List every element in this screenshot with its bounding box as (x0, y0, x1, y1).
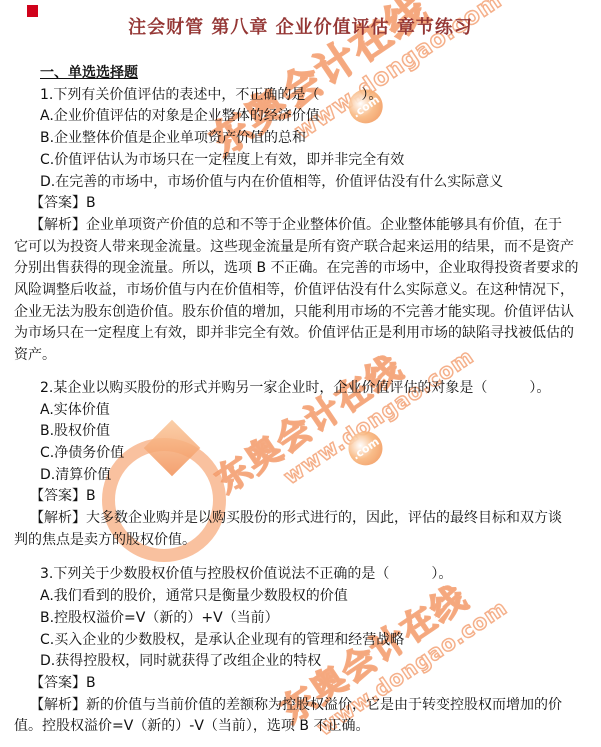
analysis-line: 为市场只在一定程度上有效，即并非完全有效。价值评估正是利用市场的缺陷寻找被低估的 (14, 323, 587, 345)
question-stem: 3.下列关于少数股权价值与控股权价值说法不正确的是（ ）。 (14, 564, 587, 586)
option-line: B.企业整体价值是企业单项资产价值的总和 (14, 128, 587, 150)
analysis-line: 【解析】企业单项资产价值的总和不等于企业整体价值。企业整体能够具有价值，在于 (14, 215, 587, 237)
section-heading: 一、单选选择题 (14, 63, 587, 85)
analysis-line: 判的焦点是卖方的股权价值。 (14, 530, 587, 552)
option-line: A.实体价值 (14, 400, 587, 422)
red-marker (27, 5, 38, 17)
analysis-line: 企业无法为股东创造价值。股东价值的增加，只能利用市场的不完善才能实现。价值评估认 (14, 302, 587, 324)
option-line: C.价值评估认为市场只在一定程度上有效，即并非完全有效 (14, 150, 587, 172)
analysis-line: 【解析】大多数企业购并是以购买股份的形式进行的，因此，评估的最终目标和双方谈 (14, 508, 587, 530)
analysis-line: 资产。 (14, 345, 587, 367)
document-body: 一、单选选择题 1.下列有关价值评估的表述中，不正确的是（ ）。 A.企业价值评… (14, 63, 587, 738)
question-stem: 2.某企业以购买股份的形式并购另一家企业时，企业价值评估的对象是（ ）。 (14, 378, 587, 400)
option-line: D.在完善的市场中，市场价值与内在价值相等，价值评估没有什么实际意义 (14, 172, 587, 194)
document-page: 东奥会计在线 www.dongao.com .com 东奥会计在线 www.do… (0, 0, 601, 747)
answer-line: 【答案】B (14, 486, 587, 508)
analysis-line: 风险调整后收益，市场价值与内在价值相等，价值评估没有什么实际意义。在这种情况下， (14, 280, 587, 302)
question-block-3: 3.下列关于少数股权价值与控股权价值说法不正确的是（ ）。 A.我们看到的股价，… (14, 564, 587, 738)
analysis-line: 值。控股权溢价=V（新的）-V（当前），选项 B 不正确。 (14, 716, 587, 738)
answer-line: 【答案】B (14, 673, 587, 695)
option-line: B.控股权溢价=V（新的）+V（当前） (14, 608, 587, 630)
question-block-2: 2.某企业以购买股份的形式并购另一家企业时，企业价值评估的对象是（ ）。 A.实… (14, 378, 587, 552)
option-line: C.买入企业的少数股权，是承认企业现有的管理和经营战略 (14, 630, 587, 652)
analysis-line: 【解析】新的价值与当前价值的差额称为控股权溢价，它是由于转变控股权而增加的价 (14, 695, 587, 717)
option-line: A.企业价值评估的对象是企业整体的经济价值 (14, 106, 587, 128)
analysis-line: 分别出售获得的现金流量。所以，选项 B 不正确。在完善的市场中，企业取得投资者要… (14, 258, 587, 280)
answer-line: 【答案】B (14, 193, 587, 215)
page-title: 注会财管 第八章 企业价值评估 章节练习 (0, 13, 601, 39)
option-line: A.我们看到的股价，通常只是衡量少数股权的价值 (14, 586, 587, 608)
option-line: C.净债务价值 (14, 443, 587, 465)
option-line: B.股权价值 (14, 421, 587, 443)
question-block-1: 1.下列有关价值评估的表述中，不正确的是（ ）。 A.企业价值评估的对象是企业整… (14, 85, 587, 367)
analysis-line: 它可以为投资人带来现金流量。这些现金流量是所有资产联合起来运用的结果，而不是资产 (14, 237, 587, 259)
question-stem: 1.下列有关价值评估的表述中，不正确的是（ ）。 (14, 85, 587, 107)
option-line: D.清算价值 (14, 465, 587, 487)
option-line: D.获得控股权，同时就获得了改组企业的特权 (14, 651, 587, 673)
